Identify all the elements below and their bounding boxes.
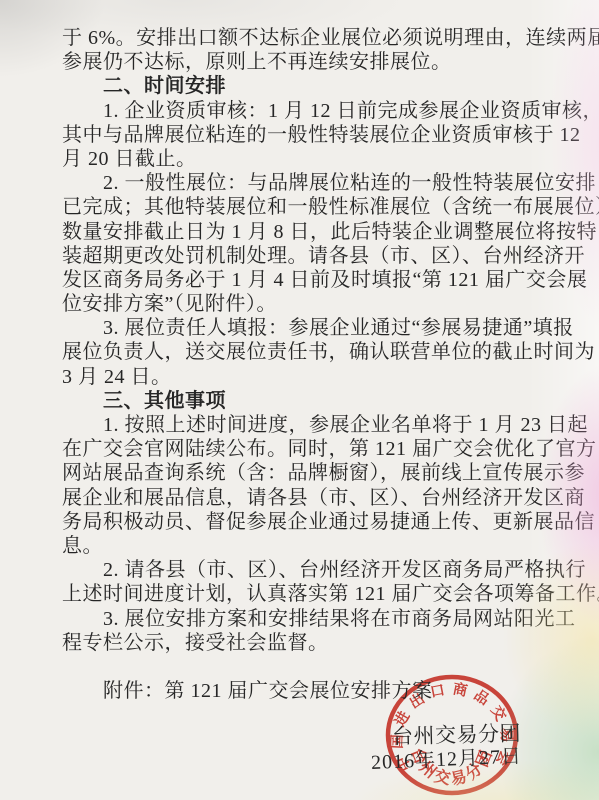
text-line: 3 月 24 日。 xyxy=(62,365,554,389)
text-line: 2. 请各县（市、区）、台州经济开发区商务局严格执行 xyxy=(62,558,554,582)
text-line: 发区商务局务必于 1 月 4 日前及时填报“第 121 届广交会展 xyxy=(62,268,554,292)
text-line: 参展仍不达标，原则上不再连续安排展位。 xyxy=(62,50,554,74)
document-page: 于 6%。安排出口额不达标企业展位必须说明理由，连续两届参展仍不达标，原则上不再… xyxy=(0,0,599,800)
text-line: 1. 按照上述时间进度，参展企业名单将于 1 月 23 日起 xyxy=(62,413,554,437)
text-line: 于 6%。安排出口额不达标企业展位必须说明理由，连续两届 xyxy=(62,26,554,50)
text-line: 1. 企业资质审核：1 月 12 日前完成参展企业资质审核， xyxy=(62,99,554,123)
text-line: 展企业和展品信息，请各县（市、区）、台州经济开发区商 xyxy=(62,486,554,510)
text-line: 三、其他事项 xyxy=(62,389,554,413)
text-line: 在广交会官网陆续公布。同时，第 121 届广交会优化了官方 xyxy=(62,437,554,461)
text-line: 二、时间安排 xyxy=(62,74,554,98)
text-line: 务局积极动员、督促参展企业通过易捷通上传、更新展品信 xyxy=(62,510,554,534)
text-line: 上述时间进度计划，认真落实第 121 届广交会各项筹备工作。 xyxy=(62,582,554,606)
text-line: 网站展品查询系统（含：品牌橱窗），展前线上宣传展示参 xyxy=(62,461,554,485)
text-line: 装超期更改处罚机制处理。请各县（市、区）、台州经济开 xyxy=(62,244,554,268)
text-line: 息。 xyxy=(62,534,554,558)
text-line: 展位负责人，送交展位责任书，确认联营单位的截止时间为 xyxy=(62,340,554,364)
text-line: 附件：第 121 届广交会展位安排方案 xyxy=(62,679,554,703)
text-line: 月 20 日截止。 xyxy=(62,147,554,171)
text-line: 其中与品牌展位粘连的一般性特装展位企业资质审核于 12 xyxy=(62,123,554,147)
text-line: 3. 展位安排方案和安排结果将在市商务局网站阳光工 xyxy=(62,607,554,631)
text-line: 程专栏公示，接受社会监督。 xyxy=(62,631,554,655)
text-line: 2. 一般性展位：与品牌展位粘连的一般性特装展位安排 xyxy=(62,171,554,195)
text-line xyxy=(62,655,554,679)
text-line: 位安排方案”（见附件）。 xyxy=(62,292,554,316)
text-line: 已完成；其他特装展位和一般性标准展位（含统一布展展位） xyxy=(62,195,554,219)
text-line: 数量安排截止日为 1 月 8 日，此后特装企业调整展位将按特 xyxy=(62,220,554,244)
document-body: 于 6%。安排出口额不达标企业展位必须说明理由，连续两届参展仍不达标，原则上不再… xyxy=(62,26,554,703)
text-line: 3. 展位责任人填报：参展企业通过“参展易捷通”填报 xyxy=(62,316,554,340)
